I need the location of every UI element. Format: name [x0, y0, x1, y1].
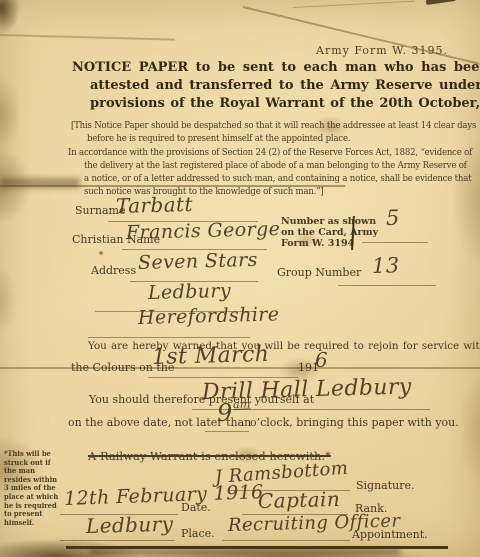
year-value: 6 [315, 348, 329, 372]
date-label: Date. [181, 501, 211, 514]
despatch-note-line-2: before he is required to present himself… [87, 133, 350, 144]
address-line-2-value: Ledbury [148, 280, 232, 304]
place-label: Place. [181, 527, 215, 540]
fold-crease-diagonal-2 [293, 1, 415, 8]
stain-left-crease [0, 178, 80, 188]
form-number: Army Form W. 3195. [316, 44, 448, 57]
surname-value: Tarbatt [116, 192, 193, 218]
address-line-1-value: Seven Stars [138, 249, 258, 274]
heading-line-2: attested and transferred to the Army Res… [90, 78, 480, 93]
corner-mark-top-right [426, 0, 456, 5]
address-label: Address [91, 264, 136, 277]
document-page: Army Form W. 3195. NOTICE PAPER to be se… [0, 0, 480, 557]
appointment-underline [222, 540, 350, 541]
statute-note-line-3: a notice, or of a letter addressed to su… [84, 173, 471, 184]
card-number-label-line-1: Number as shown [281, 216, 376, 227]
rank-value: Captain [258, 487, 341, 513]
address-line-3-underline [88, 337, 250, 338]
card-number-underline [362, 242, 428, 243]
fold-crease-top-left [0, 34, 175, 40]
heading-line-3: provisions of the Royal Warrant of the 2… [90, 96, 480, 111]
group-number-label: Group Number [277, 266, 361, 279]
group-number-underline [338, 285, 436, 286]
time-underline [205, 431, 249, 432]
date-value: 12th February 1916 [64, 481, 264, 510]
heading-line-1: NOTICE PAPER to be sent to each man who … [72, 60, 480, 75]
appointment-label: Appointment. [352, 528, 428, 541]
card-number-value: 5 [386, 206, 400, 230]
bottom-edge-shadow [90, 549, 400, 555]
place-value: Ledbury [86, 512, 174, 538]
address-line-3-value: Herefordshire [138, 303, 280, 329]
card-number-label-line-3: Form W. 3194 [281, 238, 354, 249]
rejoin-date-value: 1st March [152, 342, 270, 370]
time-meridiem-value: am [233, 398, 251, 411]
card-number-label-line-2: on the Card, Army [281, 227, 378, 238]
despatch-note-line-1: [This Notice Paper should be despatched … [71, 120, 476, 131]
present-line-2-suffix: o’clock, bringing this paper with you. [250, 416, 459, 429]
statute-note-line-1: In accordance with the provisions of Sec… [68, 147, 472, 158]
place-underline [60, 540, 175, 541]
warning-line-1: You are hereby warned that you will be r… [88, 340, 480, 352]
christian-name-value: Francis George [126, 218, 281, 244]
time-hour-value: 9 [217, 399, 233, 427]
statute-note-line-2: the delivery at the last registered plac… [84, 160, 467, 171]
margin-note: *This will be struck out if the man resi… [4, 450, 60, 527]
group-number-value: 13 [372, 253, 400, 278]
signature-label: Signature. [356, 479, 415, 492]
